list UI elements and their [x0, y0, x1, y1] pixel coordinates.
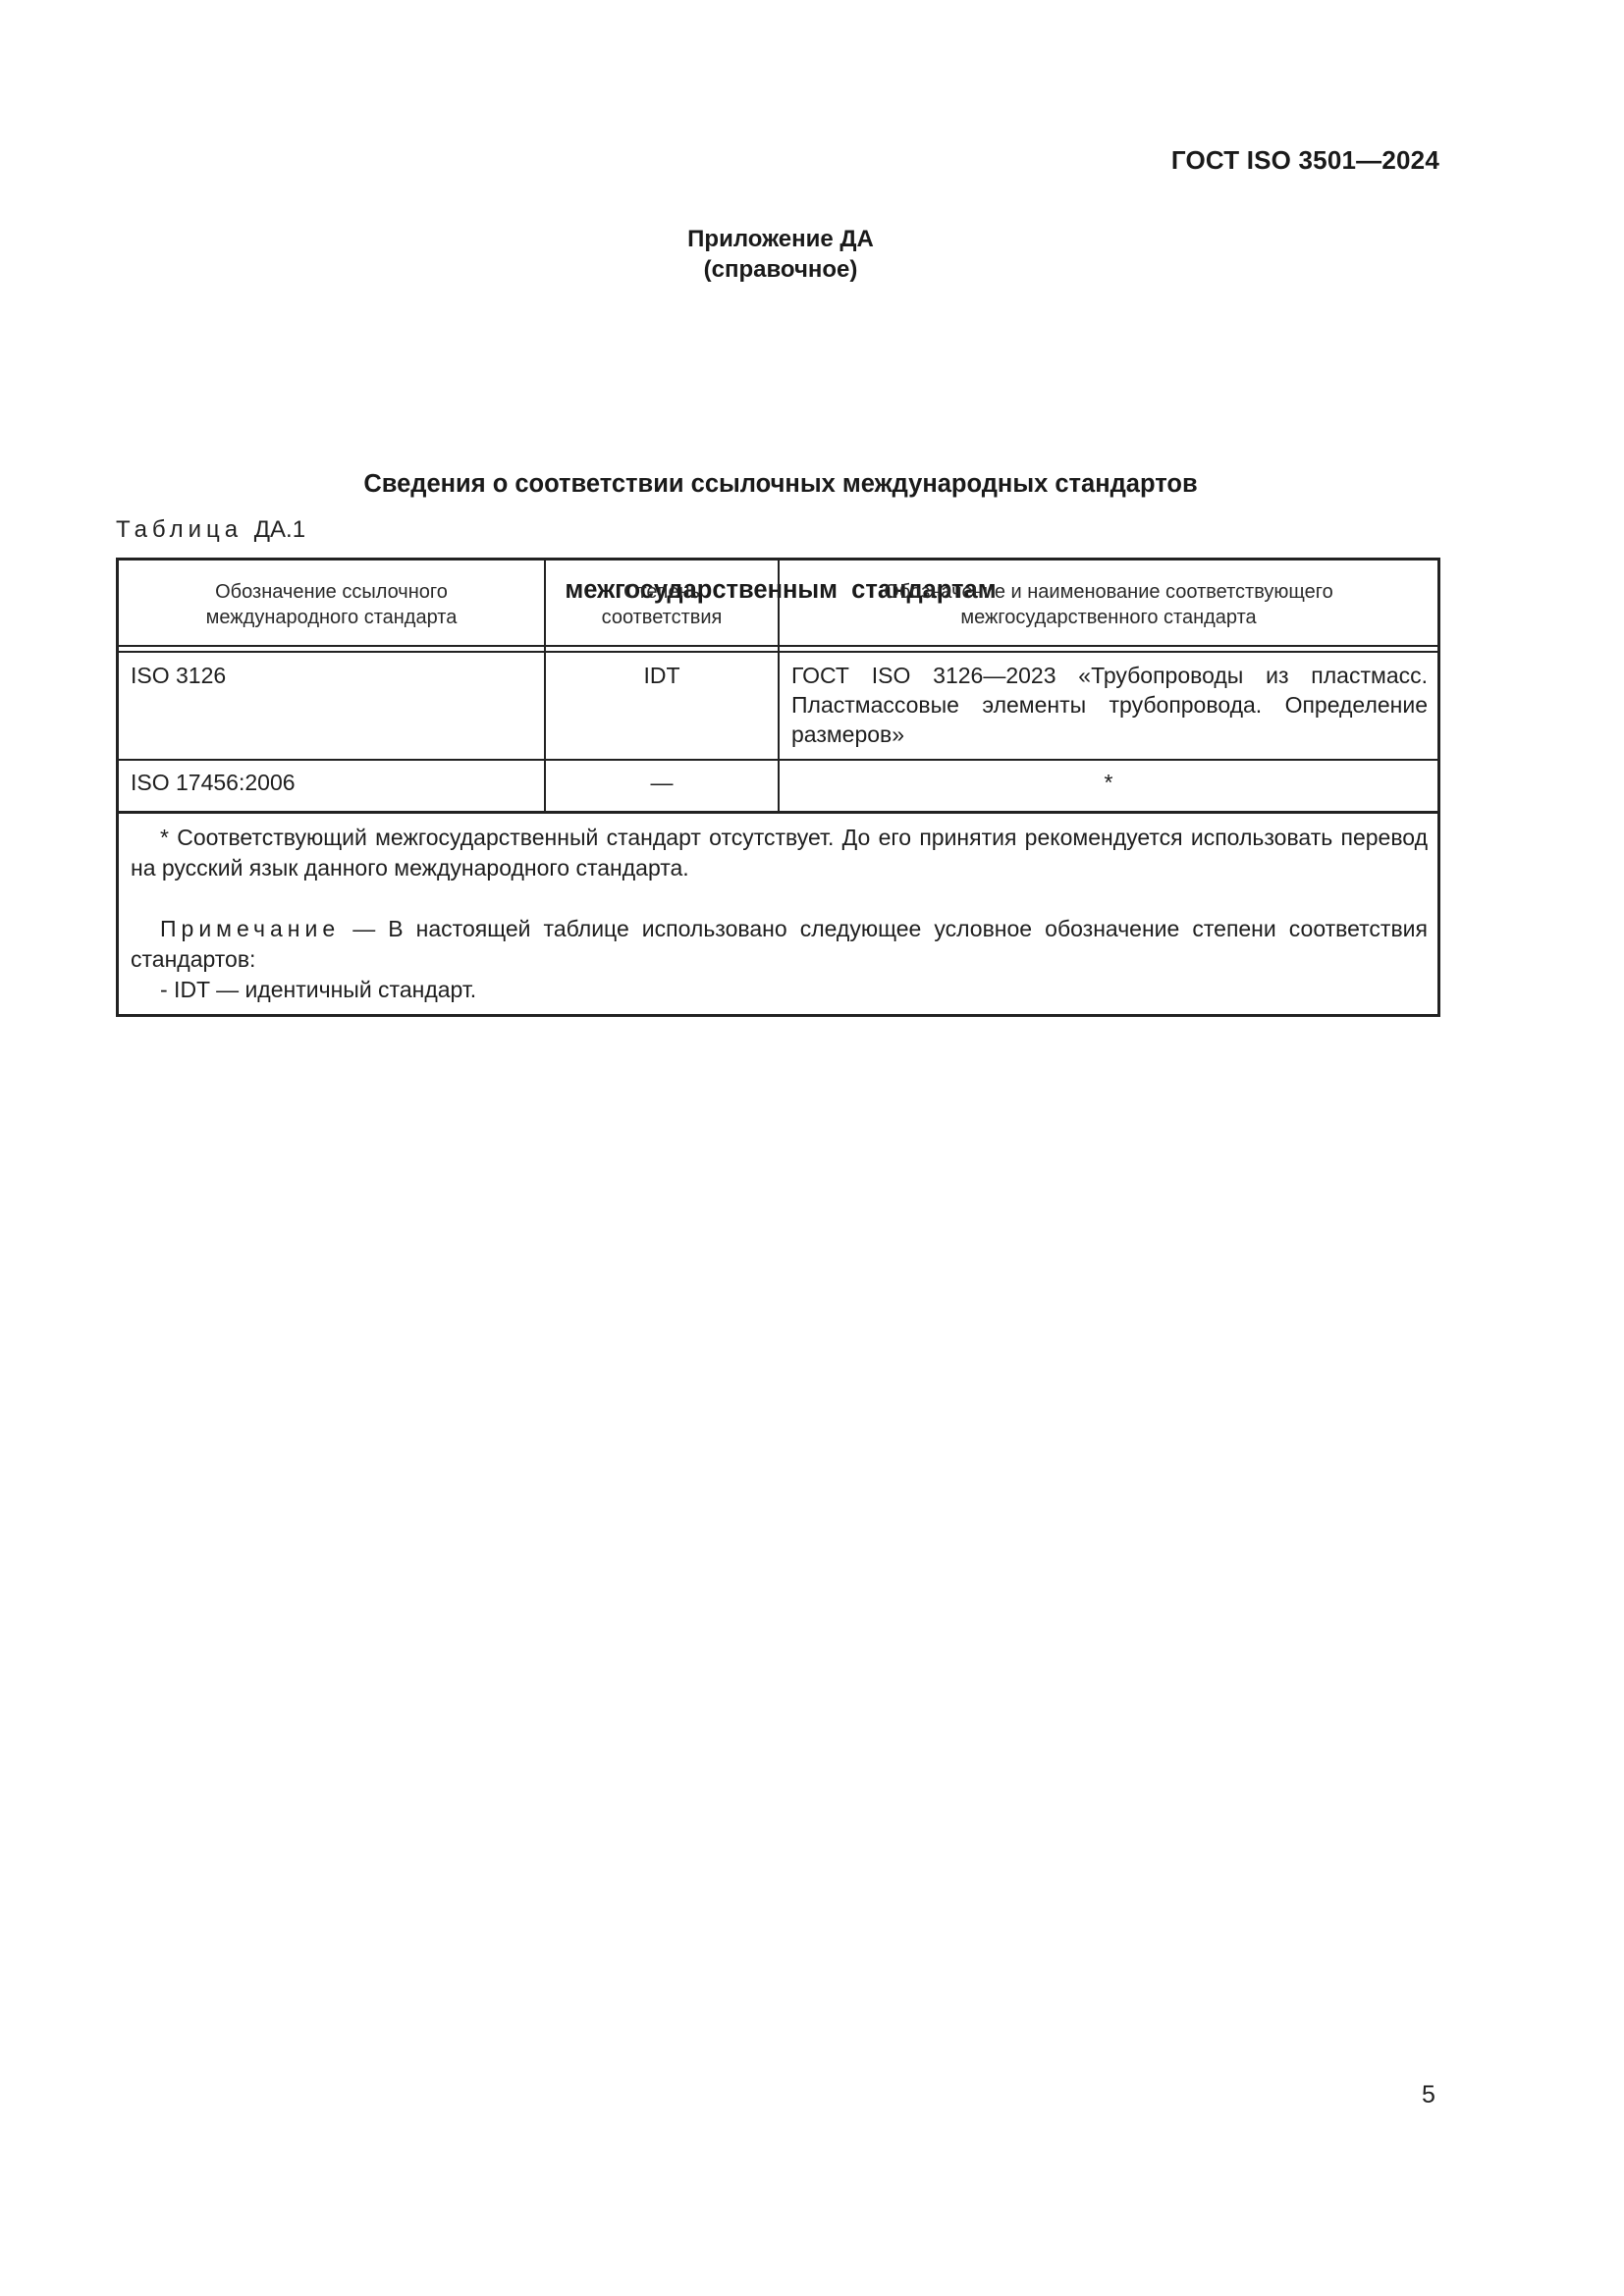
- table-remark: Примечание — В настоящей таблице использ…: [131, 914, 1428, 975]
- cell-interstate: ГОСТ ISO 3126—2023 «Трубопроводы из плас…: [780, 653, 1437, 759]
- table-row: ISO 3126 IDT ГОСТ ISO 3126—2023 «Трубопр…: [119, 653, 1437, 761]
- cell-reference: ISO 17456:2006: [119, 761, 546, 811]
- cell-degree: IDT: [546, 653, 780, 759]
- remark-label: Примечание: [160, 916, 340, 941]
- column-header-text: соответствия: [546, 605, 778, 630]
- table-notes: * Соответствующий межгосударственный ста…: [119, 814, 1437, 1014]
- table-caption-number: ДА.1: [254, 516, 305, 543]
- cell-interstate: *: [780, 761, 1437, 811]
- section-title-line-1: Сведения о соответствии ссылочных междун…: [0, 466, 1561, 502]
- table-caption: Таблица ДА.1: [116, 516, 305, 544]
- column-header-reference: Обозначение ссылочного международного ст…: [119, 561, 546, 645]
- cell-reference: ISO 3126: [119, 653, 546, 759]
- column-header-text: международного стандарта: [119, 605, 544, 630]
- column-header-degree: Степень соответствия: [546, 561, 780, 645]
- table-caption-label: Таблица: [116, 516, 243, 543]
- remark-list-item: - IDT — идентичный стандарт.: [131, 975, 1428, 1005]
- standards-correspondence-table: Обозначение ссылочного международного ст…: [116, 558, 1440, 1017]
- column-header-text: межгосударственного стандарта: [780, 605, 1437, 630]
- column-header-text: Степень: [546, 579, 778, 605]
- cell-degree: —: [546, 761, 780, 811]
- page-number: 5: [1422, 2081, 1435, 2109]
- appendix-title: Приложение ДА: [0, 224, 1561, 254]
- column-header-text: Обозначение ссылочного: [119, 579, 544, 605]
- appendix-subtitle: (справочное): [0, 254, 1561, 285]
- column-header-text: Обозначение и наименование соответствующ…: [780, 579, 1437, 605]
- table-footnote: * Соответствующий межгосударственный ста…: [131, 823, 1428, 883]
- table-row: ISO 17456:2006 — *: [119, 761, 1437, 814]
- appendix-heading: Приложение ДА (справочное): [0, 224, 1561, 285]
- table-header-row: Обозначение ссылочного международного ст…: [119, 561, 1437, 647]
- document-code: ГОСТ ISO 3501—2024: [1171, 145, 1439, 176]
- column-header-interstate: Обозначение и наименование соответствующ…: [780, 561, 1437, 645]
